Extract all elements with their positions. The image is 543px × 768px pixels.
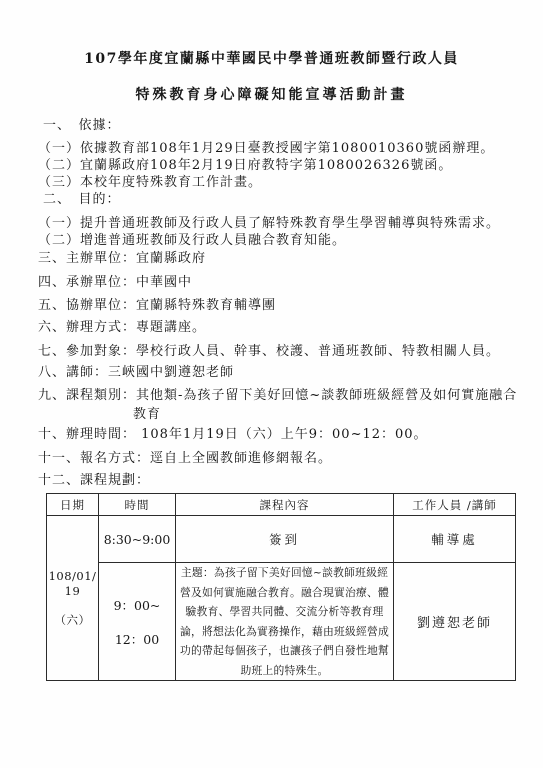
section-8-lecturer: 八、講師：三峽國中劉遵恕老師 (38, 364, 234, 381)
document-page: 107學年度宜蘭縣中華國民中學普通班教師暨行政人員 特殊教育身心障礙知能宣導活動… (0, 0, 543, 768)
content-cell-signin: 簽到 (176, 516, 394, 563)
section-9-course-category-line1: 九、課程類別：其他類-為孩子留下美好回憶~談教師班級經營及如何實施融合 (38, 387, 517, 404)
section-2-item-1: （一）提升普通班教師及行政人員了解特殊教育學生學習輔導與特殊需求。 (38, 215, 500, 232)
section-3-organizer: 三、主辦單位：宜蘭縣政府 (38, 250, 206, 267)
lecture-time-end: 12：00 (99, 630, 175, 648)
section-2-item-2: （二）增進普通班教師及行政人員融合教育知能。 (38, 232, 346, 249)
section-12-course-plan-heading: 十二、課程規劃： (38, 472, 150, 489)
document-title-line1: 107學年度宜蘭縣中華國民中學普通班教師暨行政人員 (0, 48, 543, 68)
section-1-item-1: （一）依據教育部108年1月29日臺教授國字第1080010360號函辦理。 (38, 140, 494, 157)
col-header-date: 日期 (47, 494, 99, 516)
lecture-time-start: 9：00~ (99, 596, 175, 614)
section-9-course-category-line2: 教育 (133, 406, 161, 423)
time-cell-signin: 8:30~9:00 (99, 516, 176, 563)
date-line2: 19 (47, 584, 98, 598)
date-line1: 108/01/ (47, 569, 98, 583)
date-weekday: （六） (47, 612, 98, 628)
staff-cell-lecture: 劉遵恕老師 (394, 563, 516, 681)
section-10-time: 十、辦理時間： 108年1月19日（六）上午9：00~12：00。 (38, 426, 428, 443)
document-title-line2: 特殊教育身心障礙知能宣導活動計畫 (0, 84, 543, 104)
section-11-registration: 十一、報名方式：逕自上全國教師進修網報名。 (38, 450, 332, 467)
col-header-staff: 工作人員 /講師 (394, 494, 516, 516)
staff-cell-signin: 輔導處 (394, 516, 516, 563)
col-header-content: 課程內容 (176, 494, 394, 516)
section-5-co-organizer: 五、協辦單位：宜蘭縣特殊教育輔導團 (38, 297, 276, 314)
section-4-undertaker: 四、承辦單位：中華國中 (38, 274, 192, 291)
schedule-row-lecture: 9：00~ 12：00 主題：為孩子留下美好回憶~談教師班級經營及如何實施融合教… (47, 563, 516, 681)
schedule-header-row: 日期 時間 課程內容 工作人員 /講師 (47, 494, 516, 516)
time-cell-lecture: 9：00~ 12：00 (99, 563, 176, 681)
section-1-basis-heading: 一、 依據： (43, 117, 121, 134)
section-6-method: 六、辦理方式：專題講座。 (38, 319, 206, 336)
schedule-row-signin: 108/01/ 19 （六） 8:30~9:00 簽到 輔導處 (47, 516, 516, 563)
content-cell-lecture: 主題：為孩子留下美好回憶~談教師班級經營及如何實施融合教育。融合現實治療、體驗教… (176, 563, 394, 681)
section-1-item-2: （二）宜蘭縣政府108年2月19日府教特字第1080026326號函。 (38, 157, 452, 174)
section-7-participants: 七、參加對象：學校行政人員、幹事、校護、普通班教師、特教相關人員。 (38, 343, 500, 360)
col-header-time: 時間 (99, 494, 176, 516)
schedule-table: 日期 時間 課程內容 工作人員 /講師 108/01/ 19 （六） 8:30~… (46, 493, 516, 681)
section-2-purpose-heading: 二、 目的： (43, 191, 121, 208)
date-cell: 108/01/ 19 （六） (47, 516, 99, 681)
section-1-item-3: （三）本校年度特殊教育工作計畫。 (38, 174, 262, 191)
